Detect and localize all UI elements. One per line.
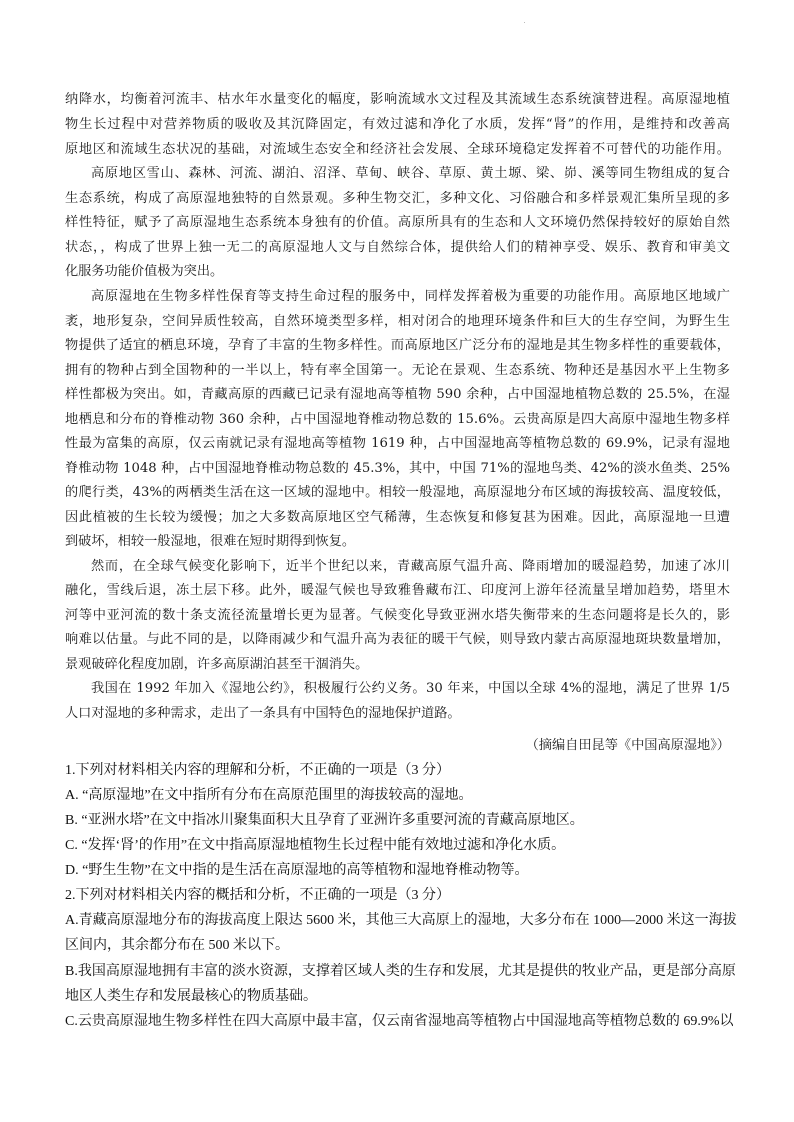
text-line: 景观破碎化程度加剧，许多高原湖泊甚至干涸消失。 [65, 654, 730, 676]
option-a: A.青藏高原湿地分布的海拔高度上限达 5600 米，其他三大高原上的湿地，大多分… [65, 910, 730, 932]
text-line: 脊椎动物 1048 种，占中国湿地脊椎动物总数的 45.3%，其中，中国 71%… [65, 458, 730, 480]
question-stem: 1.下列对材料相关内容的理解和分析，不正确的一项是（3 分） [65, 760, 730, 782]
text-line: 物提供了适宜的栖息环境，孕育了丰富的生物多样性。而高原地区广泛分布的湿地是其生物… [65, 335, 730, 357]
text-line: 高原湿地在生物多样性保育等支持生命过程的服务中，同样发挥着极为重要的功能作用。高… [91, 286, 730, 308]
option-a-continued: 区间内，其余都分布在 500 米以下。 [65, 935, 730, 957]
text-line: 性最为富集的高原，仅云南就记录有湿地高等植物 1619 种，占中国湿地高等植物总… [65, 433, 730, 455]
option-c: C.云贵高原湿地生物多样性在四大高原中最丰富，仅云南省湿地高等植物占中国湿地高等… [65, 1011, 730, 1033]
text-line: 状态，，构成了世界上独一无二的高原湿地人文与自然综合体，提供给人们的精神享受、娱… [65, 237, 730, 259]
question-stem: 2.下列对材料相关内容的概括和分析，不正确的一项是（3 分） [65, 885, 730, 907]
option-b: B.我国高原湿地拥有丰富的淡水资源，支撑着区域人类的生存和发展，尤其是提供的牧业… [65, 961, 730, 983]
text-line: 样性都极为突出。如，青藏高原的西藏已记录有湿地高等植物 590 余种，占中国湿地… [65, 384, 730, 406]
text-line: 高原地区雪山、森林、河流、湖泊、沼泽、草甸、峡谷、草原、黄土塬、梁、峁、溪等同生… [91, 163, 730, 185]
text-line: 因此植被的生长较为缓慢；加之大多数高原地区空气稀薄，生态恢复和修复甚为困难。因此… [65, 507, 730, 529]
text-line: 然而，在全球气候变化影响下，近半个世纪以来，青藏高原气温升高、降雨增加的暖湿趋势… [91, 556, 730, 578]
scan-speck [524, 22, 525, 23]
source-citation: （摘编自田昆等《中国高原湿地》） [65, 735, 730, 757]
text-line: 到破坏，相较一般湿地，很难在短时期得到恢复。 [65, 531, 730, 553]
text-line: 融化，雪线后退，冻土层下移。此外，暖湿气候也导致雅鲁藏布江、印度河上游年径流量呈… [65, 580, 730, 602]
option-a: A. “高原湿地”在文中指所有分布在高原范围里的海拔较高的湿地。 [65, 785, 730, 807]
document-page: 纳降水，均衡着河流丰、枯水年水量变化的幅度，影响流域水文过程及其流域生态系统演替… [0, 0, 794, 1122]
text-line: 原地区和流域生态状况的基础，对流域生态安全和经济社会发展、全球环境稳定发挥着不可… [65, 139, 730, 161]
text-line: 河等中亚河流的数十条支流径流量增长更为显著。气候变化导致亚洲水塔失衡带来的生态问… [65, 605, 730, 627]
option-c: C. “发挥‘肾’的作用”在文中指高原湿地植物生长过程中能有效地过滤和净化水质。 [65, 835, 730, 857]
option-b-continued: 地区人类生存和发展最核心的物质基础。 [65, 986, 730, 1008]
text-line: 的爬行类，43%的两栖类生活在这一区域的湿地中。相较一般湿地，高原湿地分布区域的… [65, 482, 730, 504]
text-line: 化服务功能价值极为突出。 [65, 261, 730, 283]
text-line: 人口对湿地的多种需求，走出了一条具有中国特色的湿地保护道路。 [65, 703, 730, 725]
text-line: 地栖息和分布的脊椎动物 360 余种，占中国湿地脊椎动物总数的 15.6%。云贵… [65, 409, 730, 431]
text-line: 我国在 1992 年加入《湿地公约》，积极履行公约义务。30 年来，中国以全球 … [91, 678, 730, 700]
text-line: 响难以估量。与此不同的是，以降雨减少和气温升高为表征的暖干气候，则导致内蒙古高原… [65, 629, 730, 651]
text-line: 袤，地形复杂，空间异质性较高，自然环境类型多样，相对闭合的地理环境条件和巨大的生… [65, 311, 730, 333]
option-b: B. “亚洲水塔”在文中指冰川聚集面积大且孕育了亚洲许多重要河流的青藏高原地区。 [65, 810, 730, 832]
text-line: 生态系统，构成了高原湿地独特的自然景观。多种生物交汇，多种文化、习俗融合和多样景… [65, 188, 730, 210]
text-line: 拥有的物种占到全国物种的一半以上，特有率全国第一。无论在景观、生态系统、物种还是… [65, 360, 730, 382]
text-line: 纳降水，均衡着河流丰、枯水年水量变化的幅度，影响流域水文过程及其流域生态系统演替… [65, 89, 730, 111]
text-line: 样性特征，赋予了高原湿地生态系统本身独有的价值。高原所具有的生态和人文环境仍然保… [65, 212, 730, 234]
option-d: D. “野生生物”在文中指的是生活在高原湿地的高等植物和湿地脊椎动物等。 [65, 860, 730, 882]
text-line: 物生长过程中对营养物质的吸收及其沉降固定，有效过滤和净化了水质，发挥“肾”的作用… [65, 114, 730, 136]
